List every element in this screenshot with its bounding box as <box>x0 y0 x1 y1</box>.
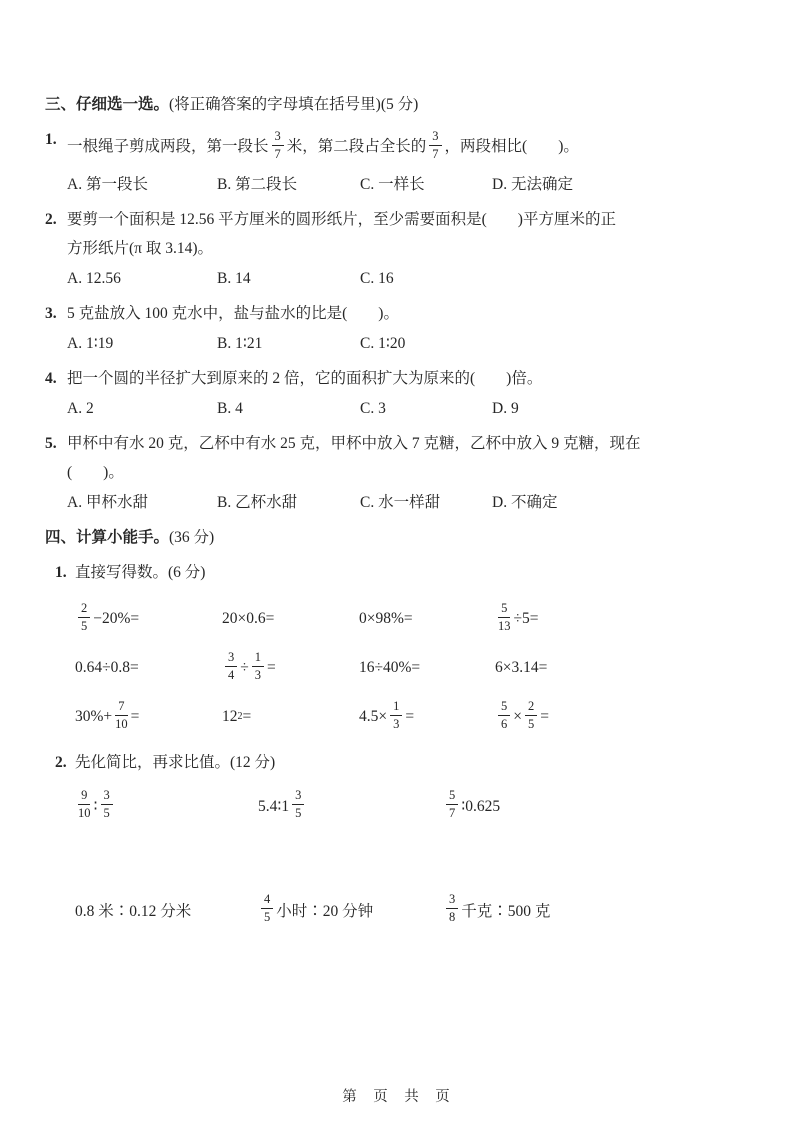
question-4: 4. 把一个圆的半径扩大到原来的 2 倍，它的面积扩大为原来的( )倍。 A. … <box>45 364 753 423</box>
text-segment: 4.5× <box>359 708 387 726</box>
fraction: 35 <box>292 789 304 820</box>
ratio-expression: 38千克∶500 克 <box>443 887 753 933</box>
option-b: B. 第二段长 <box>217 170 360 199</box>
text-segment: −20%= <box>93 610 139 628</box>
text-segment: ( )。 <box>67 464 124 481</box>
question-text: 方形纸片(π 取 3.14)。 <box>67 234 753 263</box>
text-segment: 30%+ <box>75 708 112 726</box>
fraction-denominator: 5 <box>528 716 534 731</box>
text-segment: 12 <box>222 708 238 726</box>
calc-expression: 25−20%= <box>75 599 222 639</box>
fraction-numerator: 3 <box>225 651 237 667</box>
fraction-denominator: 3 <box>255 667 261 682</box>
fraction: 513 <box>498 602 511 633</box>
question-number: 5. <box>45 429 67 517</box>
option-c: C. 水一样甜 <box>360 488 492 517</box>
text-segment: ÷ <box>240 659 249 677</box>
option-c: C. 16 <box>360 264 492 293</box>
option-b: B. 乙杯水甜 <box>217 488 360 517</box>
option-c: C. 3 <box>360 394 492 423</box>
option-c: C. 一样长 <box>360 170 492 199</box>
calc-expression: 0×98%= <box>359 599 495 639</box>
question-body: 把一个圆的半径扩大到原来的 2 倍，它的面积扩大为原来的( )倍。 A. 2 B… <box>67 364 753 423</box>
fraction-numerator: 9 <box>78 789 90 805</box>
text-segment: ÷5= <box>514 610 539 628</box>
ratio-expression: 5.4∶135 <box>258 783 443 829</box>
option-c: C. 1∶20 <box>360 329 492 358</box>
text-segment: 小时∶20 分钟 <box>276 899 373 921</box>
fraction-denominator: 7 <box>432 146 438 161</box>
fraction-numerator: 2 <box>78 602 90 618</box>
fraction-numerator: 3 <box>101 789 113 805</box>
subsection-2-heading: 2. 先化简比，再求比值。(12 分) <box>55 751 753 775</box>
fraction-denominator: 7 <box>449 805 455 820</box>
question-body: 5 克盐放入 100 克水中，盐与盐水的比是( )。 A. 1∶19 B. 1∶… <box>67 299 753 358</box>
fraction: 57 <box>446 789 458 820</box>
text-segment: 0.8 米∶0.12 分米 <box>75 899 191 921</box>
subsection-title: 直接写得数。(6 分) <box>75 561 205 585</box>
question-text: 要剪一个面积是 12.56 平方厘米的圆形纸片，至少需要面积是( )平方厘米的正 <box>67 205 753 234</box>
calc-expression: 56×25= <box>495 697 753 737</box>
subsection-number: 2. <box>55 751 75 775</box>
section-title-bold: 四、计算小能手。 <box>45 529 169 546</box>
option-empty <box>492 264 753 293</box>
question-text: ( )。 <box>67 458 753 487</box>
option-empty <box>492 329 753 358</box>
text-segment: 甲杯中有水 20 克，乙杯中有水 25 克，甲杯中放入 7 克糖，乙杯中放入 9… <box>67 435 641 452</box>
text-segment: ∶ <box>94 797 98 816</box>
calc-expression: 0.64÷0.8= <box>75 648 222 688</box>
option-a: A. 第一段长 <box>67 170 217 199</box>
fraction-denominator: 5 <box>81 618 87 633</box>
calc-expression: 6×3.14= <box>495 648 753 688</box>
fraction-denominator: 5 <box>104 805 110 820</box>
calc-expression: 122= <box>222 697 359 737</box>
fraction-numerator: 3 <box>429 130 441 146</box>
fraction-denominator: 7 <box>275 146 281 161</box>
fraction-denominator: 8 <box>449 909 455 924</box>
text-segment: = <box>131 708 140 726</box>
question-text: 5 克盐放入 100 克水中，盐与盐水的比是( )。 <box>67 299 753 328</box>
ratio-expression: 57∶0.625 <box>443 783 753 829</box>
text-segment: 米，第二段占全长的 <box>287 138 427 155</box>
question-text: 甲杯中有水 20 克，乙杯中有水 25 克，甲杯中放入 7 克糖，乙杯中放入 9… <box>67 429 753 458</box>
question-2: 2. 要剪一个面积是 12.56 平方厘米的圆形纸片，至少需要面积是( )平方厘… <box>45 205 753 293</box>
option-a: A. 1∶19 <box>67 329 217 358</box>
fraction-numerator: 5 <box>446 789 458 805</box>
ratio-expression: 910∶35 <box>75 783 258 829</box>
text-segment: 一根绳子剪成两段，第一段长 <box>67 138 269 155</box>
fraction-denominator: 5 <box>264 909 270 924</box>
fraction-numerator: 3 <box>446 893 458 909</box>
text-segment: 要剪一个面积是 12.56 平方厘米的圆形纸片，至少需要面积是( )平方厘米的正 <box>67 211 616 228</box>
fraction-numerator: 1 <box>390 700 402 716</box>
option-a: A. 甲杯水甜 <box>67 488 217 517</box>
section-title-tail: (将正确答案的字母填在括号里)(5 分) <box>169 96 418 113</box>
fraction-denominator: 4 <box>228 667 234 682</box>
calc-expression: 4.5×13= <box>359 697 495 737</box>
question-text: 把一个圆的半径扩大到原来的 2 倍，它的面积扩大为原来的( )倍。 <box>67 364 753 393</box>
calc-expression: 16÷40%= <box>359 648 495 688</box>
fraction-denominator: 3 <box>393 716 399 731</box>
question-5: 5. 甲杯中有水 20 克，乙杯中有水 25 克，甲杯中放入 7 克糖，乙杯中放… <box>45 429 753 517</box>
text-segment: = <box>405 708 414 726</box>
fraction-numerator: 4 <box>261 893 273 909</box>
section-title-tail: (36 分) <box>169 529 214 546</box>
text-segment: 20×0.6= <box>222 610 274 628</box>
exam-page: 三、仔细选一选。(将正确答案的字母填在括号里)(5 分) 1. 一根绳子剪成两段… <box>0 0 793 1122</box>
fraction-denominator: 13 <box>498 618 511 633</box>
question-body: 甲杯中有水 20 克，乙杯中有水 25 克，甲杯中放入 7 克糖，乙杯中放入 9… <box>67 429 753 517</box>
fraction-denominator: 6 <box>501 716 507 731</box>
direct-computation-grid: 25−20%= 20×0.6= 0×98%= 513÷5= 0.64÷0.8= … <box>75 599 753 737</box>
page-footer: 第 页 共 页 <box>0 1085 793 1106</box>
section-calculation: 四、计算小能手。(36 分) 1. 直接写得数。(6 分) 25−20%= 20… <box>45 527 753 933</box>
text-segment: = <box>540 708 549 726</box>
fraction: 13 <box>252 651 264 682</box>
ratio-simplify-row-2: 0.8 米∶0.12 分米 45小时∶20 分钟 38千克∶500 克 <box>75 887 753 933</box>
option-d: D. 无法确定 <box>492 170 753 199</box>
ratio-expression: 0.8 米∶0.12 分米 <box>75 887 258 933</box>
text-segment: ∶0.625 <box>461 797 500 816</box>
fraction: 25 <box>525 700 537 731</box>
calc-expression: 20×0.6= <box>222 599 359 639</box>
option-b: B. 1∶21 <box>217 329 360 358</box>
text-segment: 16÷40%= <box>359 659 420 677</box>
fraction-denominator: 10 <box>78 805 91 820</box>
fraction: 35 <box>101 789 113 820</box>
option-b: B. 4 <box>217 394 360 423</box>
section-title-bold: 三、仔细选一选。 <box>45 96 169 113</box>
text-segment: 0.64÷0.8= <box>75 659 139 677</box>
fraction-numerator: 2 <box>525 700 537 716</box>
calc-expression: 30%+710= <box>75 697 222 737</box>
fraction-numerator: 1 <box>252 651 264 667</box>
fraction: 45 <box>261 893 273 924</box>
fraction: 25 <box>78 602 90 633</box>
fraction-numerator: 7 <box>115 700 127 716</box>
ratio-simplify-row-1: 910∶35 5.4∶135 57∶0.625 <box>75 783 753 829</box>
calc-expression: 34÷13= <box>222 648 359 688</box>
question-number: 4. <box>45 364 67 423</box>
question-1: 1. 一根绳子剪成两段，第一段长37米，第二段占全长的37，两段相比( )。 A… <box>45 125 753 199</box>
options-row: A. 12.56 B. 14 C. 16 <box>67 264 753 293</box>
subsection-number: 1. <box>55 561 75 585</box>
ratio-expression: 45小时∶20 分钟 <box>258 887 443 933</box>
subsection-title: 先化简比，再求比值。(12 分) <box>75 751 275 775</box>
text-segment: × <box>513 708 522 726</box>
option-b: B. 14 <box>217 264 360 293</box>
section-title: 三、仔细选一选。(将正确答案的字母填在括号里)(5 分) <box>45 94 753 116</box>
option-a: A. 2 <box>67 394 217 423</box>
option-d: D. 不确定 <box>492 488 753 517</box>
fraction-denominator: 10 <box>115 716 128 731</box>
text-segment: 方形纸片(π 取 3.14)。 <box>67 240 213 257</box>
text-segment: 0×98%= <box>359 610 413 628</box>
option-a: A. 12.56 <box>67 264 217 293</box>
fraction-denominator: 5 <box>295 805 301 820</box>
options-row: A. 1∶19 B. 1∶21 C. 1∶20 <box>67 329 753 358</box>
question-3: 3. 5 克盐放入 100 克水中，盐与盐水的比是( )。 A. 1∶19 B.… <box>45 299 753 358</box>
option-d: D. 9 <box>492 394 753 423</box>
section-multiple-choice: 三、仔细选一选。(将正确答案的字母填在括号里)(5 分) 1. 一根绳子剪成两段… <box>45 94 753 517</box>
text-segment: ，两段相比( )。 <box>445 138 579 155</box>
fraction-numerator: 3 <box>292 789 304 805</box>
text-segment: 5.4∶1 <box>258 797 289 816</box>
section-title: 四、计算小能手。(36 分) <box>45 527 753 549</box>
fraction-numerator: 5 <box>498 700 510 716</box>
question-number: 2. <box>45 205 67 293</box>
question-body: 一根绳子剪成两段，第一段长37米，第二段占全长的37，两段相比( )。 A. 第… <box>67 125 753 199</box>
text-segment: 5 克盐放入 100 克水中，盐与盐水的比是( )。 <box>67 305 399 322</box>
fraction: 38 <box>446 893 458 924</box>
question-number: 1. <box>45 125 67 199</box>
text-segment: = <box>243 708 252 726</box>
fraction: 37 <box>272 130 284 161</box>
fraction-numerator: 5 <box>498 602 510 618</box>
question-body: 要剪一个面积是 12.56 平方厘米的圆形纸片，至少需要面积是( )平方厘米的正… <box>67 205 753 293</box>
options-row: A. 2 B. 4 C. 3 D. 9 <box>67 394 753 423</box>
subsection-1-heading: 1. 直接写得数。(6 分) <box>55 561 753 585</box>
fraction: 56 <box>498 700 510 731</box>
fraction: 710 <box>115 700 128 731</box>
options-row: A. 第一段长 B. 第二段长 C. 一样长 D. 无法确定 <box>67 170 753 199</box>
text-segment: 6×3.14= <box>495 659 547 677</box>
fraction: 910 <box>78 789 91 820</box>
text-segment: 千克∶500 克 <box>461 899 550 921</box>
text-segment: = <box>267 659 276 677</box>
fraction: 37 <box>429 130 441 161</box>
fraction: 13 <box>390 700 402 731</box>
options-row: A. 甲杯水甜 B. 乙杯水甜 C. 水一样甜 D. 不确定 <box>67 488 753 517</box>
calc-expression: 513÷5= <box>495 599 753 639</box>
question-text: 一根绳子剪成两段，第一段长37米，第二段占全长的37，两段相比( )。 <box>67 125 753 169</box>
fraction: 34 <box>225 651 237 682</box>
fraction-numerator: 3 <box>272 130 284 146</box>
text-segment: 把一个圆的半径扩大到原来的 2 倍，它的面积扩大为原来的( )倍。 <box>67 370 542 387</box>
question-number: 3. <box>45 299 67 358</box>
